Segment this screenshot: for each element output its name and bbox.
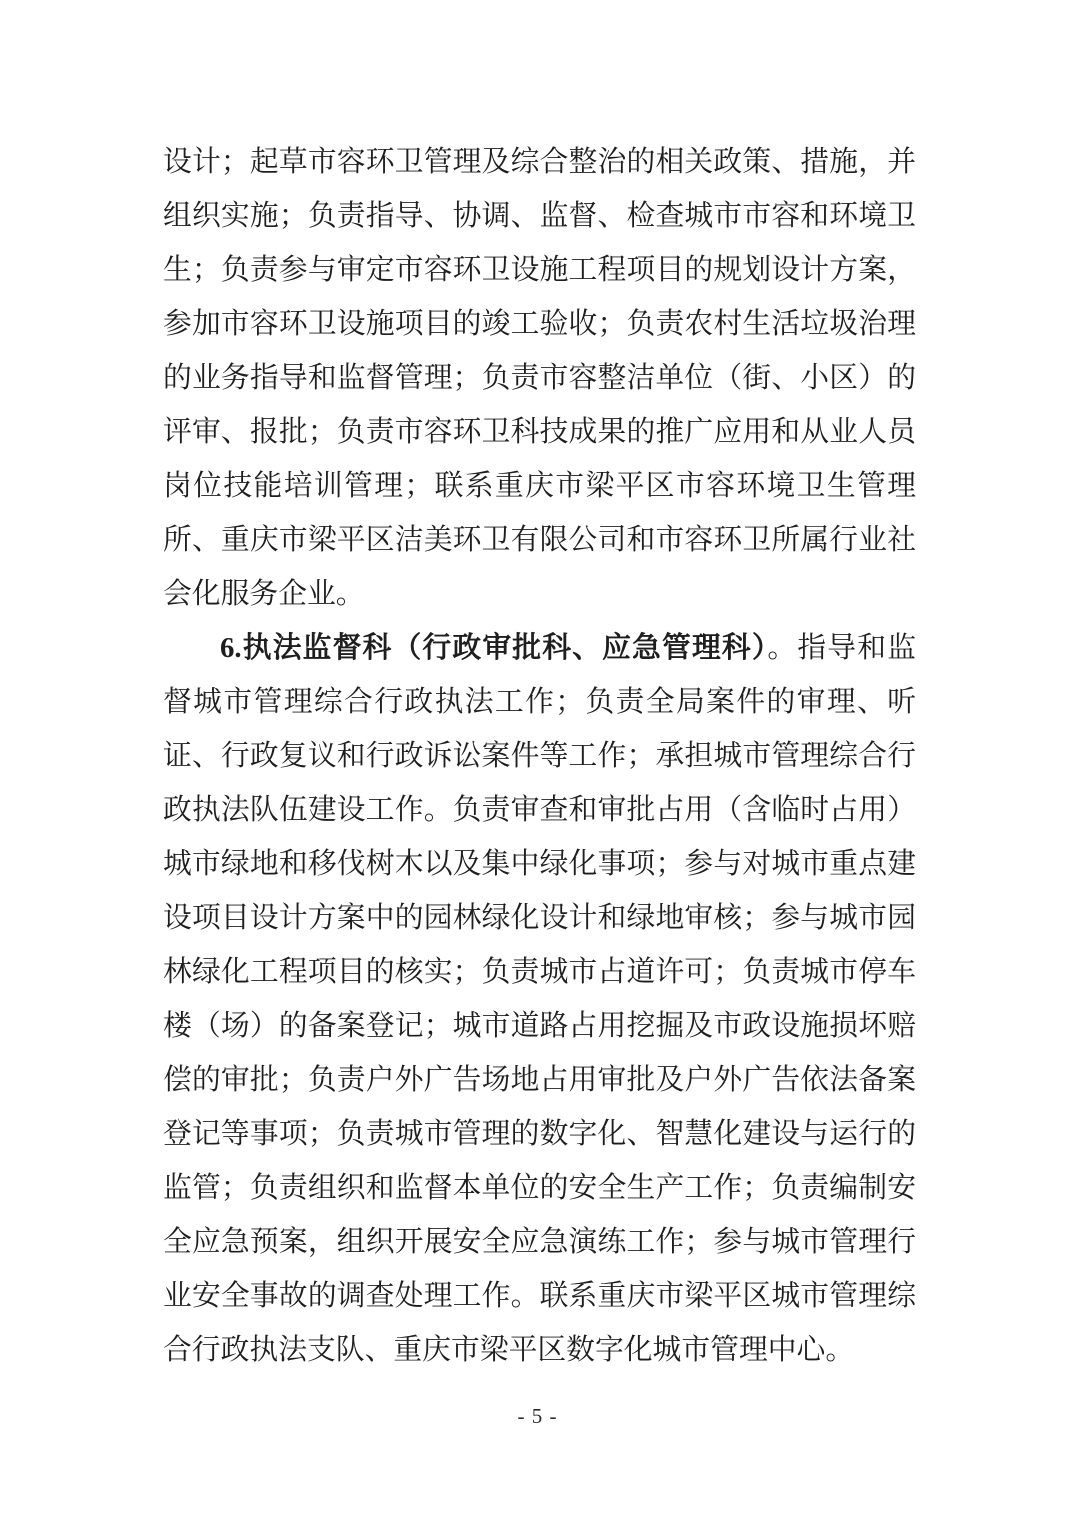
page-number: - 5 -	[0, 1403, 1075, 1429]
document-body: 设计；起草市容环卫管理及综合整治的相关政策、措施，并组织实施；负责指导、协调、监…	[163, 135, 916, 1377]
paragraph-continuation: 设计；起草市容环卫管理及综合整治的相关政策、措施，并组织实施；负责指导、协调、监…	[163, 135, 916, 621]
section-6-body: 。指导和监督城市管理综合行政执法工作；负责全局案件的审理、听证、行政复议和行政诉…	[163, 632, 916, 1366]
section-6-heading: 6.执法监督科（行政审批科、应急管理科）	[220, 632, 767, 664]
document-page: 设计；起草市容环卫管理及综合整治的相关政策、措施，并组织实施；负责指导、协调、监…	[0, 0, 1075, 1520]
paragraph-section-6: 6.执法监督科（行政审批科、应急管理科）。指导和监督城市管理综合行政执法工作；负…	[163, 621, 916, 1377]
